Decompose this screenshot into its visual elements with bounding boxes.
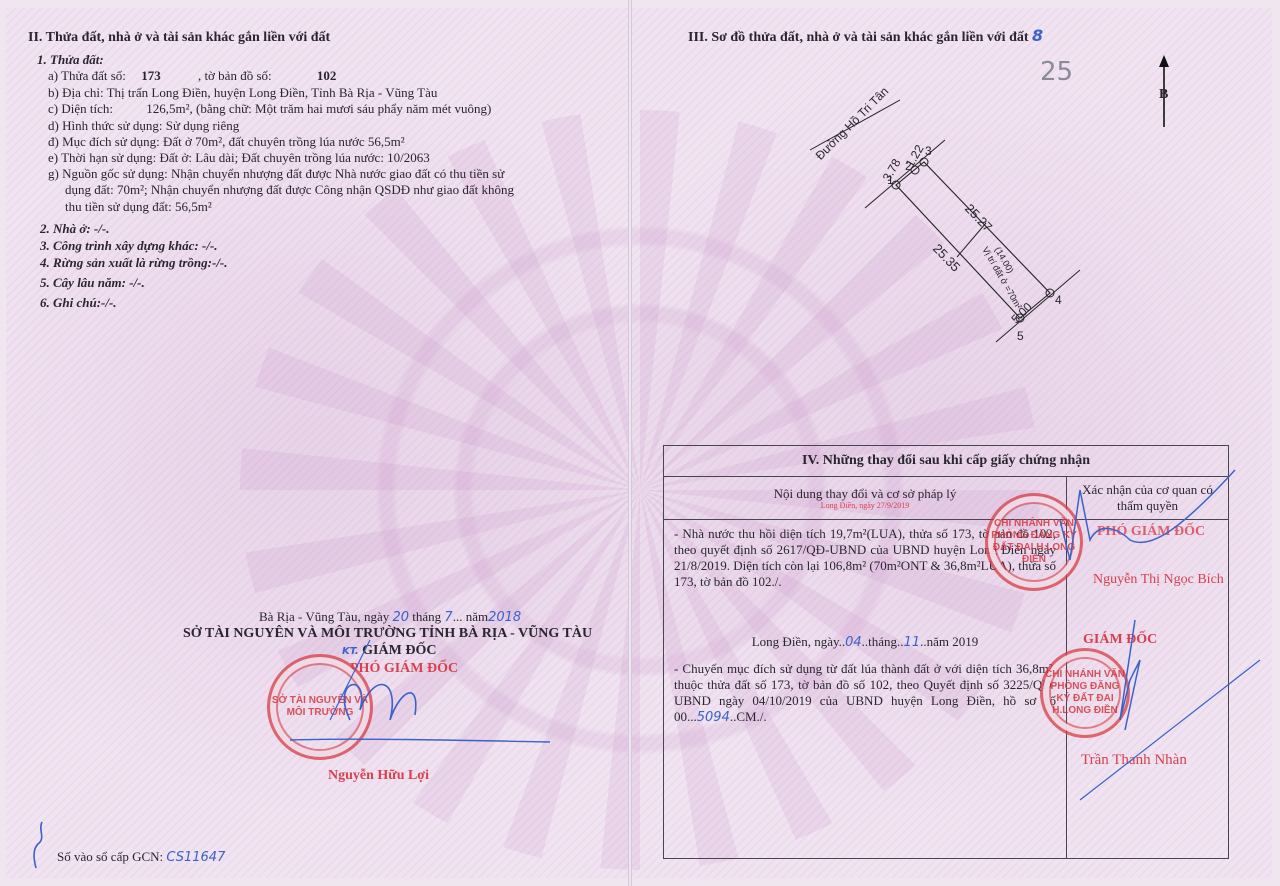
change-entry-2-date: Long Điền, ngày..04..tháng..11..năm 2019 — [674, 634, 1056, 651]
change-entry-2: Long Điền, ngày..04..tháng..11..năm 2019… — [674, 634, 1056, 726]
point-3: 3 — [925, 143, 932, 159]
month-label: tháng — [412, 609, 441, 624]
point-1: 1 — [887, 172, 894, 188]
issue-month: 7 — [444, 610, 452, 625]
origin-line-3: thu tiền sử dụng đất: 56,5m² — [65, 199, 212, 215]
map-sheet-label: , tờ bản đồ số: — [198, 68, 272, 83]
area-line: c) Diện tích: 126,5m², (bằng chữ: Một tr… — [48, 101, 491, 117]
house-item: 2. Nhà ở: -/-. — [40, 221, 109, 237]
handwritten-mark: 8 — [1032, 26, 1043, 45]
change-entry-2-suffix: ..CM./. — [730, 709, 767, 724]
notes-item: 6. Ghi chú:-/-. — [40, 295, 117, 311]
content-column-header-text: Nội dung thay đổi và cơ sở pháp lý — [774, 486, 957, 501]
page-fold — [628, 0, 632, 886]
point-5: 5 — [1017, 328, 1024, 344]
file-number: 5094 — [697, 710, 730, 725]
usage-purpose-line: đ) Mục đích sử dụng: Đất ở 70m², đất chu… — [48, 134, 405, 150]
parcel-heading: 1. Thửa đất: — [37, 52, 104, 68]
perennial-trees-item: 5. Cây lâu năm: -/-. — [40, 275, 145, 291]
issue-place-date: Bà Rịa - Vũng Tàu, ngày 20 tháng 7... nă… — [259, 609, 521, 626]
origin-line-1: g) Nguồn gốc sử dụng: Nhận chuyển nhượng… — [48, 166, 504, 182]
handwritten-pencil-number: 25 — [1040, 64, 1073, 80]
registry-number: CS11647 — [166, 850, 225, 865]
map-sheet-number: 102 — [317, 68, 337, 83]
date-year: ..năm 2019 — [920, 634, 978, 649]
director-signature — [290, 660, 550, 750]
date-day: 04 — [845, 635, 862, 650]
issue-day: 20 — [392, 610, 409, 625]
on-behalf-mark: KT. — [342, 646, 359, 657]
address-line: b) Địa chỉ: Thị trấn Long Điền, huyện Lo… — [48, 85, 437, 101]
planted-forest-item: 4. Rừng sản xuất là rừng trồng:-/-. — [40, 255, 228, 271]
section-ii-title: II. Thửa đất, nhà ở và tài sản khác gắn … — [28, 30, 330, 46]
parcel-number-line: a) Thửa đất số: 173 , tờ bản đồ số: 102 — [48, 68, 336, 84]
director-label: GIÁM ĐỐC — [362, 643, 436, 658]
date-month-label: ..tháng.. — [862, 634, 904, 649]
date-prefix: Long Điền, ngày.. — [752, 634, 845, 649]
director-title: KT. GIÁM ĐỐC — [342, 643, 436, 660]
usage-form-line: d) Hình thức sử dụng: Sử dụng riêng — [48, 118, 239, 134]
point-2: 2 — [905, 158, 912, 174]
date-month: 11 — [904, 635, 921, 650]
year-label: năm — [466, 609, 488, 624]
parcel-diagram — [800, 120, 1080, 350]
official-signatures — [1060, 460, 1270, 790]
issue-place: Bà Rịa - Vũng Tàu, ngày — [259, 609, 389, 624]
handwritten-initial — [30, 820, 50, 870]
usage-term-line: e) Thời hạn sử dụng: Đất ở: Lâu dài; Đất… — [48, 150, 430, 166]
area-label: c) Diện tích: — [48, 101, 113, 116]
change-entry-2-text: - Chuyển mục đích sử dụng từ đất lúa thà… — [674, 661, 1056, 726]
parcel-number-label: a) Thửa đất số: — [48, 68, 126, 83]
north-label: B — [1159, 87, 1168, 103]
origin-line-2: dụng đất: 70m²; Nhận chuyển nhượng đất đ… — [65, 182, 514, 198]
signer-name: Nguyễn Hữu Lợi — [328, 768, 429, 784]
registry-number-line: Số vào sổ cấp GCN: CS11647 — [57, 849, 225, 866]
registry-label: Số vào sổ cấp GCN: — [57, 849, 163, 864]
section-iii-title: III. Sơ đồ thửa đất, nhà ở và tài sản kh… — [688, 28, 1043, 46]
parcel-number: 173 — [141, 68, 161, 83]
issuing-agency: SỞ TÀI NGUYÊN VÀ MÔI TRƯỜNG TỈNH BÀ RỊA … — [183, 626, 592, 642]
section-iii-title-text: III. Sơ đồ thửa đất, nhà ở và tài sản kh… — [688, 30, 1029, 45]
issue-year: 2018 — [488, 610, 521, 625]
area-value: 126,5m², (bằng chữ: Một trăm hai mươi sá… — [146, 101, 491, 116]
point-4: 4 — [1055, 292, 1062, 308]
other-works-item: 3. Công trình xây dựng khác: -/-. — [40, 238, 218, 254]
